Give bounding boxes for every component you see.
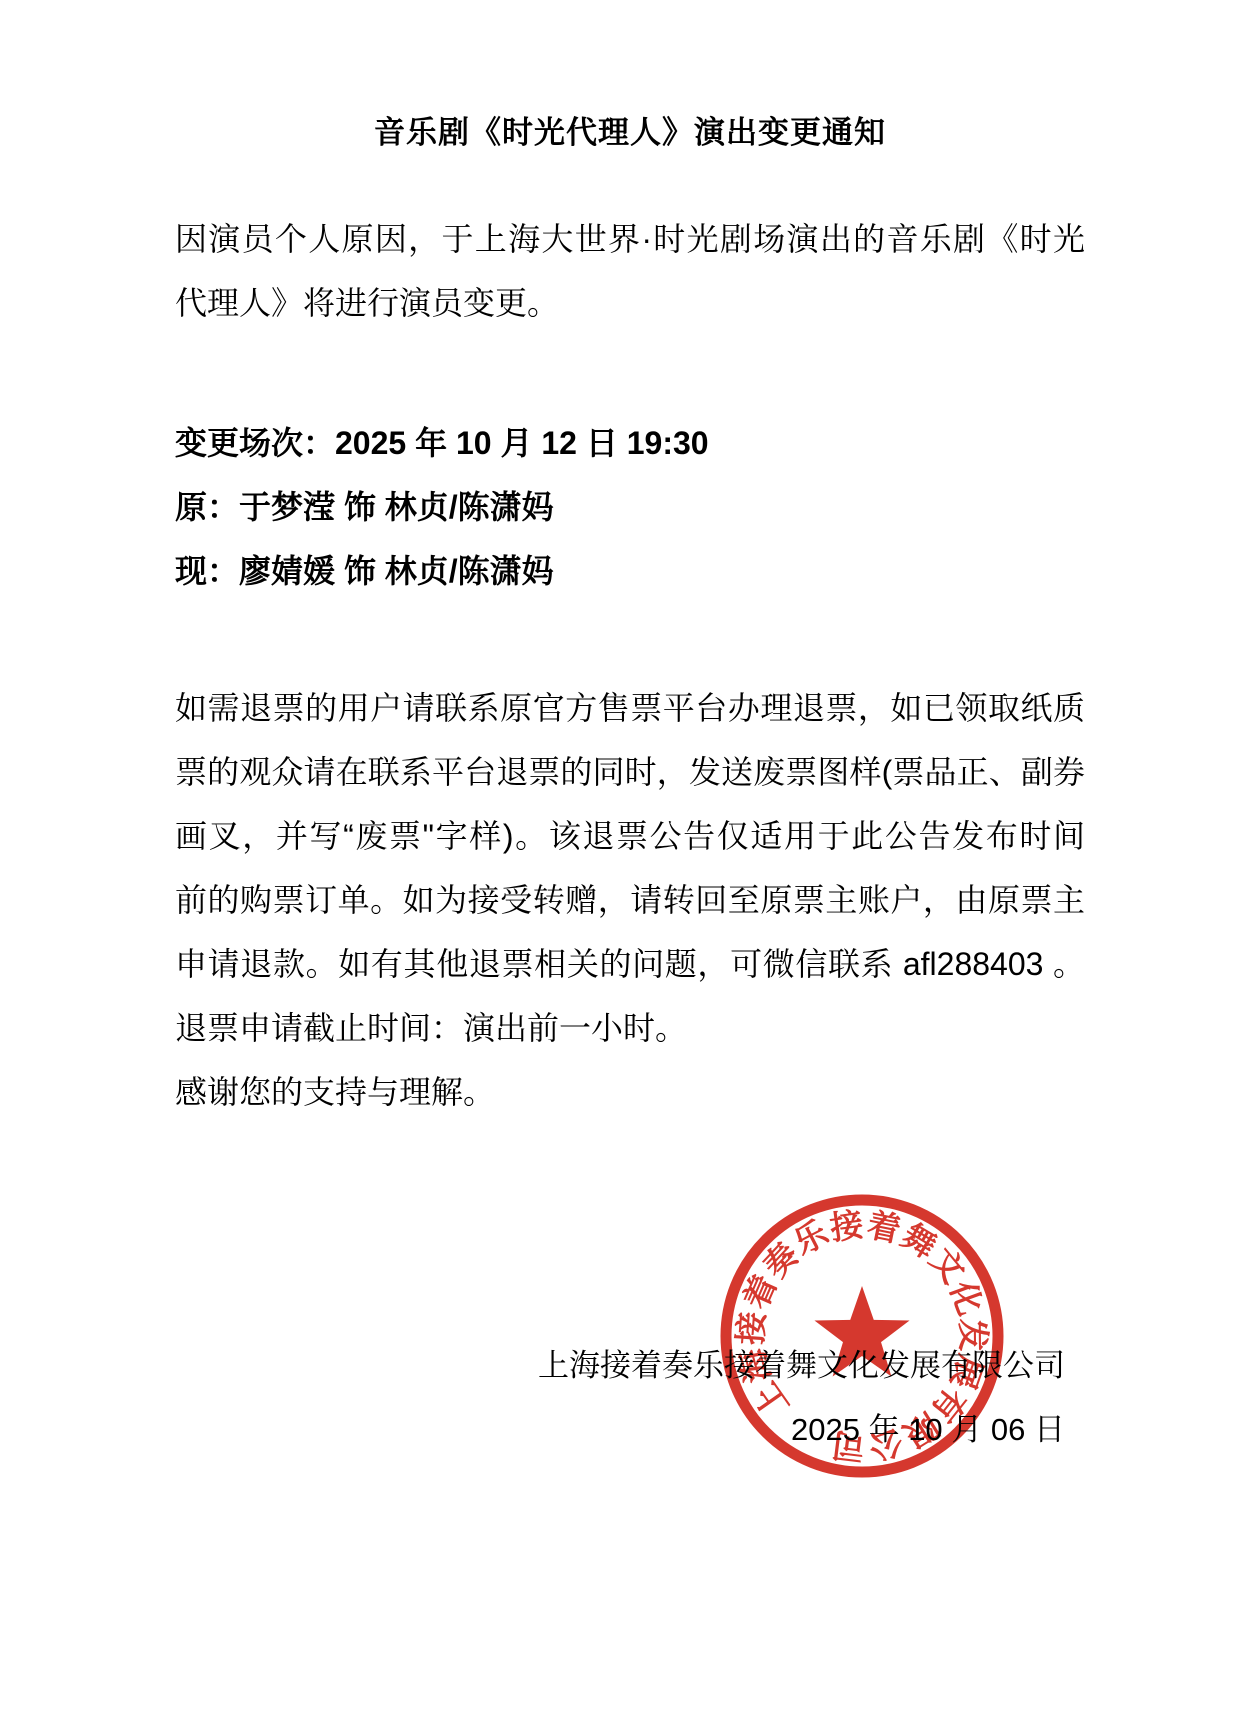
new-cast-line: 现：廖婧媛 饰 林贞/陈潇妈 bbox=[175, 539, 1085, 603]
refund-line: 画叉，并写“废票"字样)。该退票公告仅适用于此公告发布时间 bbox=[175, 804, 1085, 868]
intro-line: 因演员个人原因，于上海大世界·时光剧场演出的音乐剧《时光 bbox=[175, 207, 1085, 271]
intro-line: 代理人》将进行演员变更。 bbox=[175, 271, 1085, 335]
company-name: 上海接着奏乐接着舞文化发展有限公司 bbox=[175, 1334, 1065, 1398]
refund-deadline-line: 退票申请截止时间：演出前一小时。 bbox=[175, 996, 1085, 1060]
refund-line: 票的观众请在联系平台退票的同时，发送废票图样(票品正、副券 bbox=[175, 740, 1085, 804]
refund-line: 如需退票的用户请联系原官方售票平台办理退票，如已领取纸质 bbox=[175, 676, 1085, 740]
page-title: 音乐剧《时光代理人》演出变更通知 bbox=[175, 110, 1085, 156]
signature-date: 2025 年 10 月 06 日 bbox=[175, 1398, 1065, 1462]
refund-paragraph: 如需退票的用户请联系原官方售票平台办理退票，如已领取纸质 票的观众请在联系平台退… bbox=[175, 676, 1085, 1124]
original-cast-line: 原：于梦滢 饰 林贞/陈潇妈 bbox=[175, 475, 1085, 539]
refund-line: 申请退款。如有其他退票相关的问题，可微信联系 afl288403 。 bbox=[175, 932, 1085, 996]
notice-document: 音乐剧《时光代理人》演出变更通知 因演员个人原因，于上海大世界·时光剧场演出的音… bbox=[0, 0, 1260, 1732]
thanks-line: 感谢您的支持与理解。 bbox=[175, 1060, 1085, 1124]
signature-block: 上海接着奏乐接着舞文化发展有限公司 2025 年 10 月 06 日 bbox=[175, 1334, 1085, 1462]
schedule-session-line: 变更场次：2025 年 10 月 12 日 19:30 bbox=[175, 411, 1085, 475]
intro-paragraph: 因演员个人原因，于上海大世界·时光剧场演出的音乐剧《时光 代理人》将进行演员变更… bbox=[175, 207, 1085, 335]
schedule-block: 变更场次：2025 年 10 月 12 日 19:30 原：于梦滢 饰 林贞/陈… bbox=[175, 411, 1085, 603]
document-body: 音乐剧《时光代理人》演出变更通知 因演员个人原因，于上海大世界·时光剧场演出的音… bbox=[0, 110, 1260, 1462]
refund-line: 前的购票订单。如为接受转赠，请转回至原票主账户，由原票主 bbox=[175, 868, 1085, 932]
